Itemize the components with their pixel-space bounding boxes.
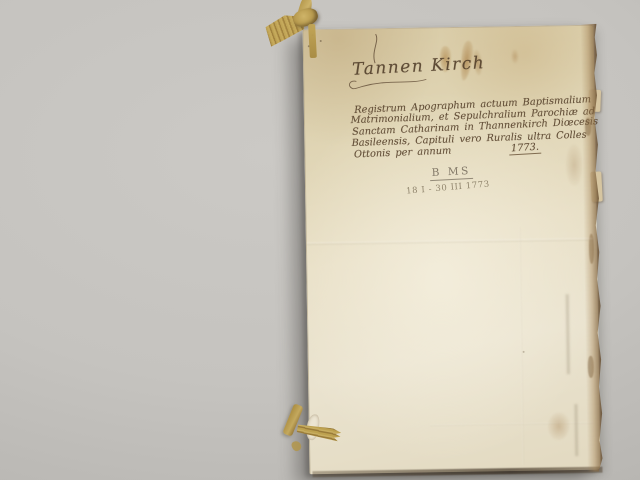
binding-ribbon-bottom-bit — [290, 440, 302, 453]
dirt-speck — [523, 351, 525, 353]
paper-crease-vertical — [519, 227, 525, 465]
manuscript-page: Tannen Kirch Registrum Apographum actuum… — [303, 25, 601, 475]
year-underlined: 1773. — [509, 141, 542, 155]
bottom-stain — [548, 412, 570, 440]
pencil-shelfmark: B MS — [429, 165, 473, 181]
paper-crease-horizontal — [307, 238, 593, 245]
pencil-date-range: 18 I - 30 III 1773 — [406, 179, 490, 196]
dirt-speck — [320, 40, 322, 42]
grime-streak — [566, 294, 570, 374]
grime-streak — [574, 404, 578, 456]
title-flourish-stroke — [342, 30, 483, 94]
page-stack-bottom-edge — [312, 467, 602, 478]
small-stain — [511, 49, 519, 64]
manuscript-paragraph: Registrum Apographum actuum Baptismalium… — [350, 95, 594, 162]
archival-photo-surface: Tannen Kirch Registrum Apographum actuum… — [0, 0, 640, 480]
